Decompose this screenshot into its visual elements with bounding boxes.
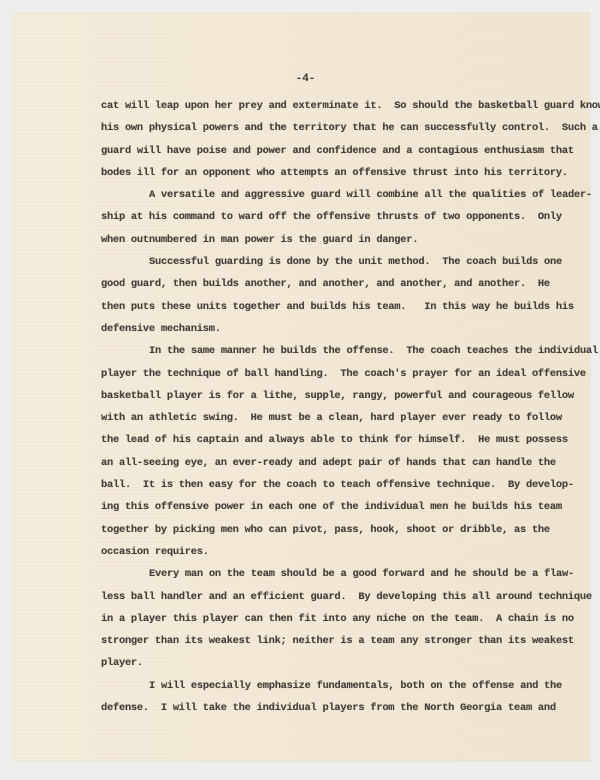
text-line: together by picking men who can pivot, p…: [101, 519, 541, 541]
text-line: ship at his command to ward off the offe…: [101, 206, 541, 228]
text-line: ball. It is then easy for the coach to t…: [101, 474, 541, 496]
paragraph-first-line: Every man on the team should be a good f…: [101, 563, 541, 585]
text-line: bodes ill for an opponent who attempts a…: [101, 162, 541, 184]
paragraph-first-line: I will especially emphasize fundamentals…: [101, 675, 541, 697]
text-line: an all-seeing eye, an ever-ready and ade…: [101, 452, 541, 474]
text-line: ing this offensive power in each one of …: [101, 496, 541, 518]
body-text: cat will leap upon her prey and extermin…: [101, 95, 541, 719]
text-line: player.: [101, 652, 541, 674]
page-number: -4-: [13, 73, 590, 85]
text-line: good guard, then builds another, and ano…: [101, 273, 541, 295]
text-line: defensive mechanism.: [101, 318, 541, 340]
text-line: when outnumbered in man power is the gua…: [101, 229, 541, 251]
text-line: in a player this player can then fit int…: [101, 608, 541, 630]
text-line: defense. I will take the individual play…: [101, 697, 541, 719]
text-line: his own physical powers and the territor…: [101, 117, 541, 139]
text-line: cat will leap upon her prey and extermin…: [101, 95, 541, 117]
text-line: player the technique of ball handling. T…: [101, 363, 541, 385]
text-line: occasion requires.: [101, 541, 541, 563]
text-line: guard will have poise and power and conf…: [101, 140, 541, 162]
paragraph-first-line: Successful guarding is done by the unit …: [101, 251, 541, 273]
text-line: stronger than its weakest link; neither …: [101, 630, 541, 652]
text-line: basketball player is for a lithe, supple…: [101, 385, 541, 407]
paragraph-first-line: A versatile and aggressive guard will co…: [101, 184, 541, 206]
typewritten-page: -4- cat will leap upon her prey and exte…: [13, 13, 590, 761]
text-line: then puts these units together and build…: [101, 296, 541, 318]
text-line: with an athletic swing. He must be a cle…: [101, 407, 541, 429]
text-line: less ball handler and an efficient guard…: [101, 586, 541, 608]
paragraph-first-line: In the same manner he builds the offense…: [101, 340, 541, 362]
text-line: the lead of his captain and always able …: [101, 429, 541, 451]
